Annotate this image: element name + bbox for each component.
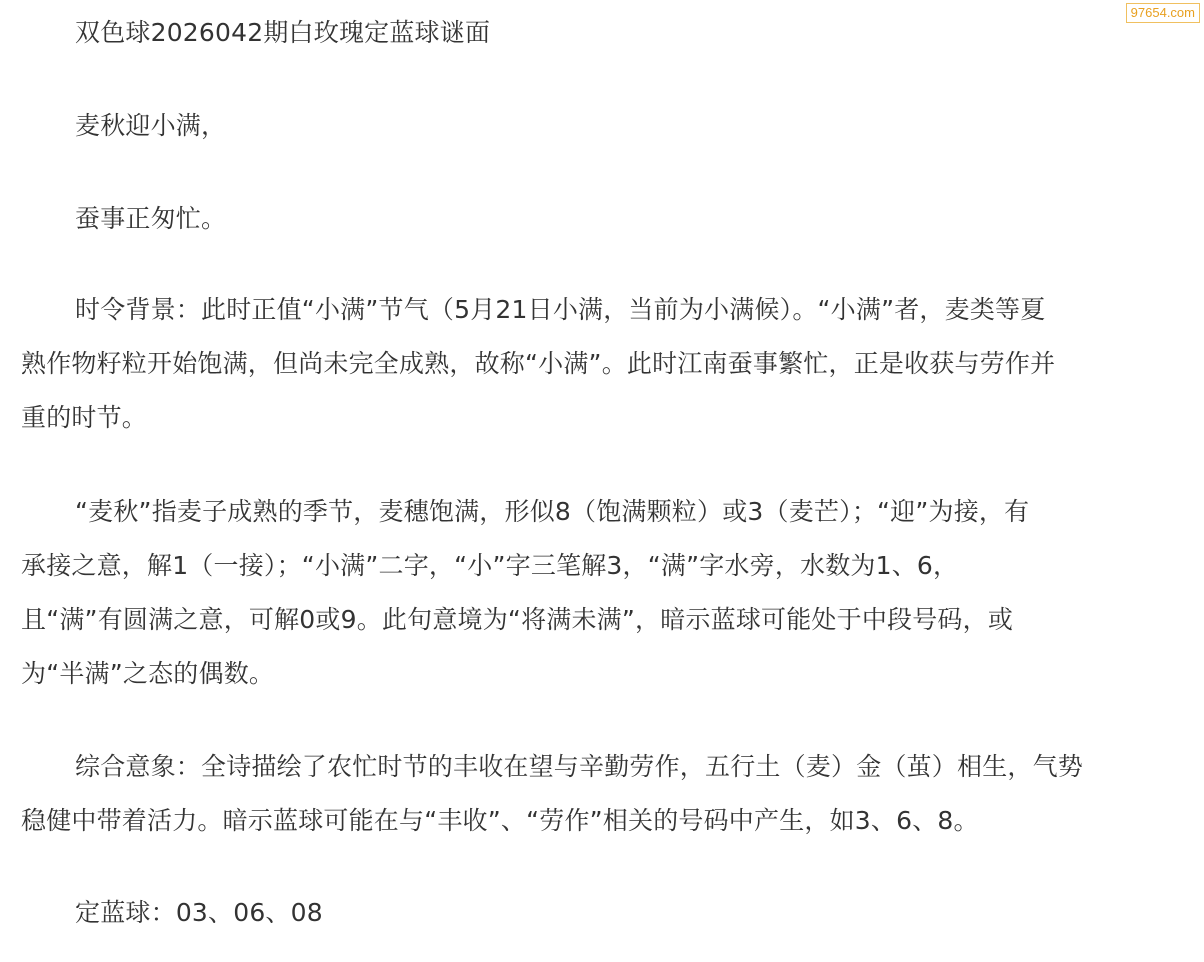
result-line: 定蓝球：03、06、08 (21, 886, 1186, 940)
result-label: 定蓝球： (75, 898, 176, 927)
verse-line-2: 蚕事正匆忙。 (21, 192, 1186, 246)
paragraph-line: 重的时节。 (21, 391, 1186, 445)
verse-text: 麦秋迎小满， (21, 99, 1186, 153)
paragraph-line: 稳健中带着活力。暗示蓝球可能在与“丰收”、“劳作”相关的号码中产生，如3、6、8… (21, 794, 1186, 848)
background-paragraph: 时令背景：此时正值“小满”节气（5月21日小满，当前为小满候）。“小满”者，麦类… (21, 283, 1186, 445)
paragraph-line: 熟作物籽粒开始饱满，但尚未完全成熟，故称“小满”。此时江南蚕事繁忙，正是收获与劳… (21, 337, 1186, 391)
article-title: 双色球2026042期白玫瑰定蓝球谜面 (21, 6, 1186, 60)
result-numbers: 03、06、08 (176, 898, 323, 927)
summary-paragraph: 综合意象：全诗描绘了农忙时节的丰收在望与辛勤劳作，五行土（麦）金（茧）相生，气势… (21, 740, 1186, 848)
blue-ball-result: 定蓝球：03、06、08 (21, 886, 1186, 940)
paragraph-line: 综合意象：全诗描绘了农忙时节的丰收在望与辛勤劳作，五行土（麦）金（茧）相生，气势 (21, 740, 1186, 794)
verse-text: 蚕事正匆忙。 (21, 192, 1186, 246)
verse-line-1: 麦秋迎小满， (21, 99, 1186, 153)
paragraph-line: 承接之意，解1（一接）；“小满”二字，“小”字三笔解3，“满”字水旁，水数为1、… (21, 539, 1186, 593)
paragraph-line: 且“满”有圆满之意，可解0或9。此句意境为“将满未满”，暗示蓝球可能处于中段号码… (21, 593, 1186, 647)
title-text: 双色球2026042期白玫瑰定蓝球谜面 (21, 6, 1186, 60)
paragraph-line: 时令背景：此时正值“小满”节气（5月21日小满，当前为小满候）。“小满”者，麦类… (21, 283, 1186, 337)
paragraph-line: “麦秋”指麦子成熟的季节，麦穗饱满，形似8（饱满颗粒）或3（麦芒）；“迎”为接，… (21, 485, 1186, 539)
paragraph-line: 为“半满”之态的偶数。 (21, 647, 1186, 701)
analysis-paragraph: “麦秋”指麦子成熟的季节，麦穗饱满，形似8（饱满颗粒）或3（麦芒）；“迎”为接，… (21, 485, 1186, 701)
